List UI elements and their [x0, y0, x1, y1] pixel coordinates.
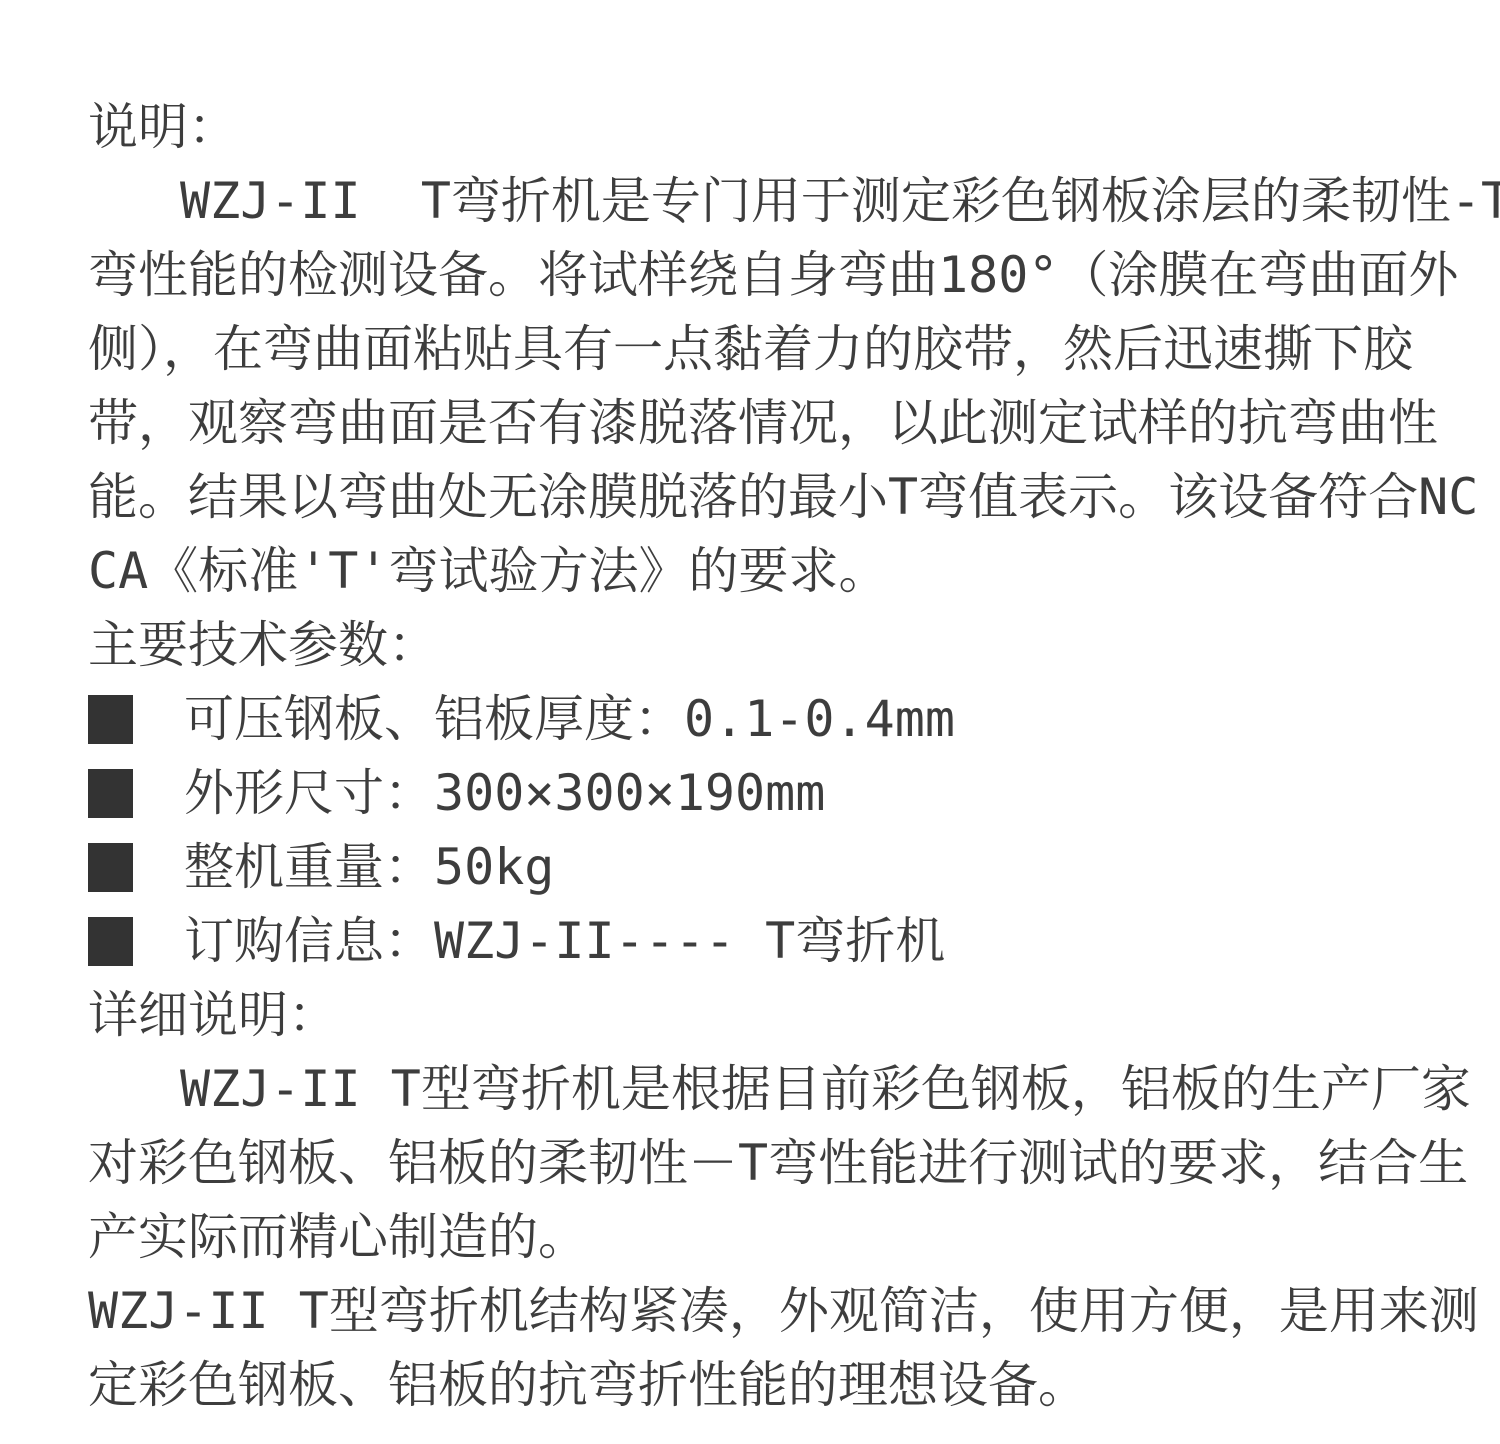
- bullet-square-icon: [88, 917, 133, 966]
- paragraph-line: WZJ-II T弯折机是专门用于测定彩色钢板涂层的柔韧性-T: [88, 164, 1430, 238]
- paragraph-line: 定彩色钢板、铝板的抗弯折性能的理想设备。: [88, 1348, 1430, 1422]
- paragraph-line: WZJ-II T型弯折机结构紧凑，外观简洁，使用方便，是用来测: [88, 1274, 1430, 1348]
- document-body: 说明： WZJ-II T弯折机是专门用于测定彩色钢板涂层的柔韧性-T 弯性能的检…: [0, 0, 1500, 1444]
- paragraph-line: 对彩色钢板、铝板的柔韧性－T弯性能进行测试的要求，结合生: [88, 1126, 1430, 1200]
- spec-item-order-info: 订购信息：WZJ-II---- T弯折机: [88, 904, 1430, 978]
- spec-item-text: 订购信息：WZJ-II---- T弯折机: [184, 904, 945, 978]
- paragraph-line: 带，观察弯曲面是否有漆脱落情况，以此测定试样的抗弯曲性: [88, 386, 1430, 460]
- section-heading-intro: 说明：: [88, 90, 1430, 164]
- paragraph-line: 弯性能的检测设备。将试样绕自身弯曲180°（涂膜在弯曲面外: [88, 238, 1430, 312]
- section-heading-details: 详细说明：: [88, 978, 1430, 1052]
- paragraph-line: CA《标准'T'弯试验方法》的要求。: [88, 534, 1430, 608]
- paragraph-line: 能。结果以弯曲处无涂膜脱落的最小T弯值表示。该设备符合NC: [88, 460, 1430, 534]
- paragraph-line: 产实际而精心制造的。: [88, 1200, 1430, 1274]
- spec-item-weight: 整机重量：50kg: [88, 830, 1430, 904]
- paragraph-line: WZJ-II T型弯折机是根据目前彩色钢板，铝板的生产厂家: [88, 1052, 1430, 1126]
- bullet-square-icon: [88, 843, 133, 892]
- section-heading-specs: 主要技术参数：: [88, 608, 1430, 682]
- spec-item-text: 外形尺寸：300×300×190mm: [184, 756, 825, 830]
- bullet-square-icon: [88, 769, 133, 818]
- paragraph-line: 侧），在弯曲面粘贴具有一点黏着力的胶带，然后迅速撕下胶: [88, 312, 1430, 386]
- spec-item-dimensions: 外形尺寸：300×300×190mm: [88, 756, 1430, 830]
- bullet-square-icon: [88, 695, 133, 744]
- spec-item-text: 可压钢板、铝板厚度：0.1-0.4mm: [184, 682, 955, 756]
- spec-item-thickness: 可压钢板、铝板厚度：0.1-0.4mm: [88, 682, 1430, 756]
- spec-item-text: 整机重量：50kg: [184, 830, 554, 904]
